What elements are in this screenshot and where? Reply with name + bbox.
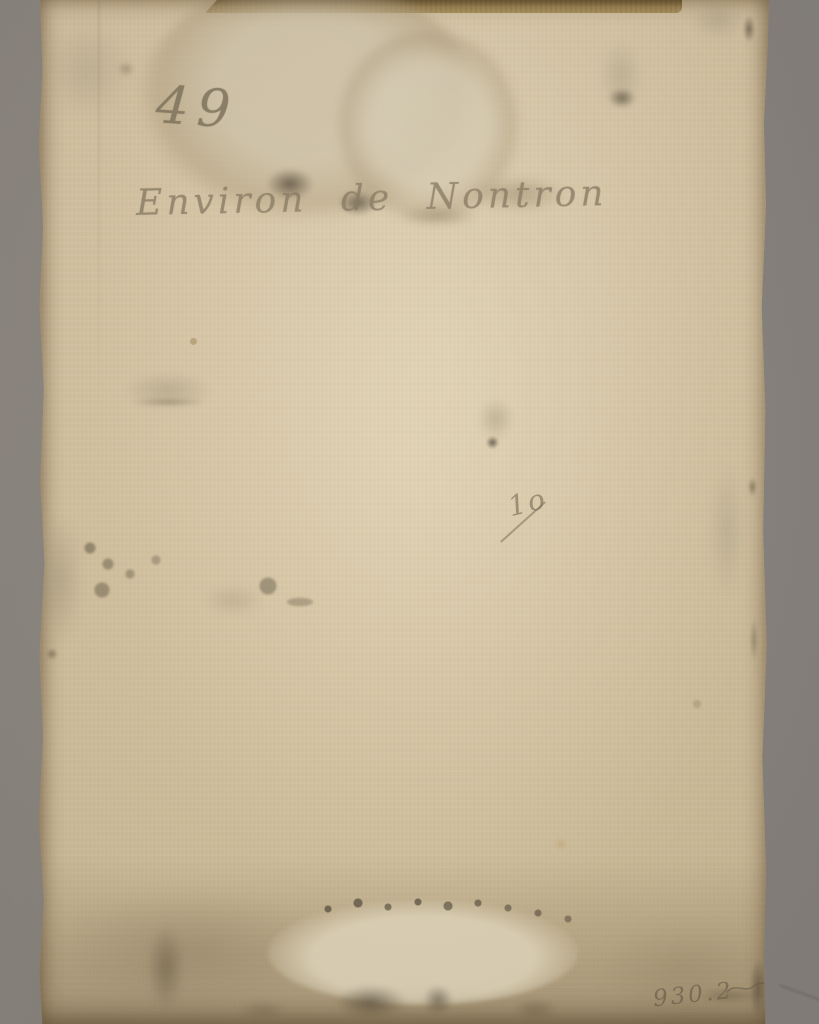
stain — [513, 998, 558, 1020]
stain — [46, 648, 58, 660]
stain-rim-dots — [318, 893, 588, 923]
stain — [336, 985, 406, 1019]
stain — [238, 1000, 288, 1020]
stain — [710, 465, 744, 595]
stain — [750, 620, 758, 660]
stain — [118, 62, 134, 76]
stain-dot-cluster — [78, 530, 338, 630]
stain — [748, 478, 757, 496]
pencil-flourish — [726, 978, 778, 998]
stain — [203, 585, 263, 615]
handwritten-number: 49 — [154, 75, 240, 141]
handwritten-caption: Environ de Nontron — [136, 173, 608, 224]
stain — [38, 515, 83, 645]
stain — [690, 2, 746, 40]
stain — [190, 338, 197, 345]
stain — [423, 985, 453, 1015]
stain — [743, 16, 755, 42]
paper-crease — [98, 0, 100, 400]
stain — [132, 398, 204, 406]
stain — [148, 925, 184, 1010]
stain — [554, 838, 568, 850]
backdrop-crease — [779, 984, 819, 1002]
stain — [693, 700, 701, 708]
stain — [608, 88, 636, 108]
stain — [486, 436, 499, 449]
paper-verso: 49 Environ de Nontron 1o 930.2 — [38, 0, 769, 1024]
scan-backdrop: 49 Environ de Nontron 1o 930.2 — [0, 0, 819, 1024]
stain — [478, 398, 514, 440]
